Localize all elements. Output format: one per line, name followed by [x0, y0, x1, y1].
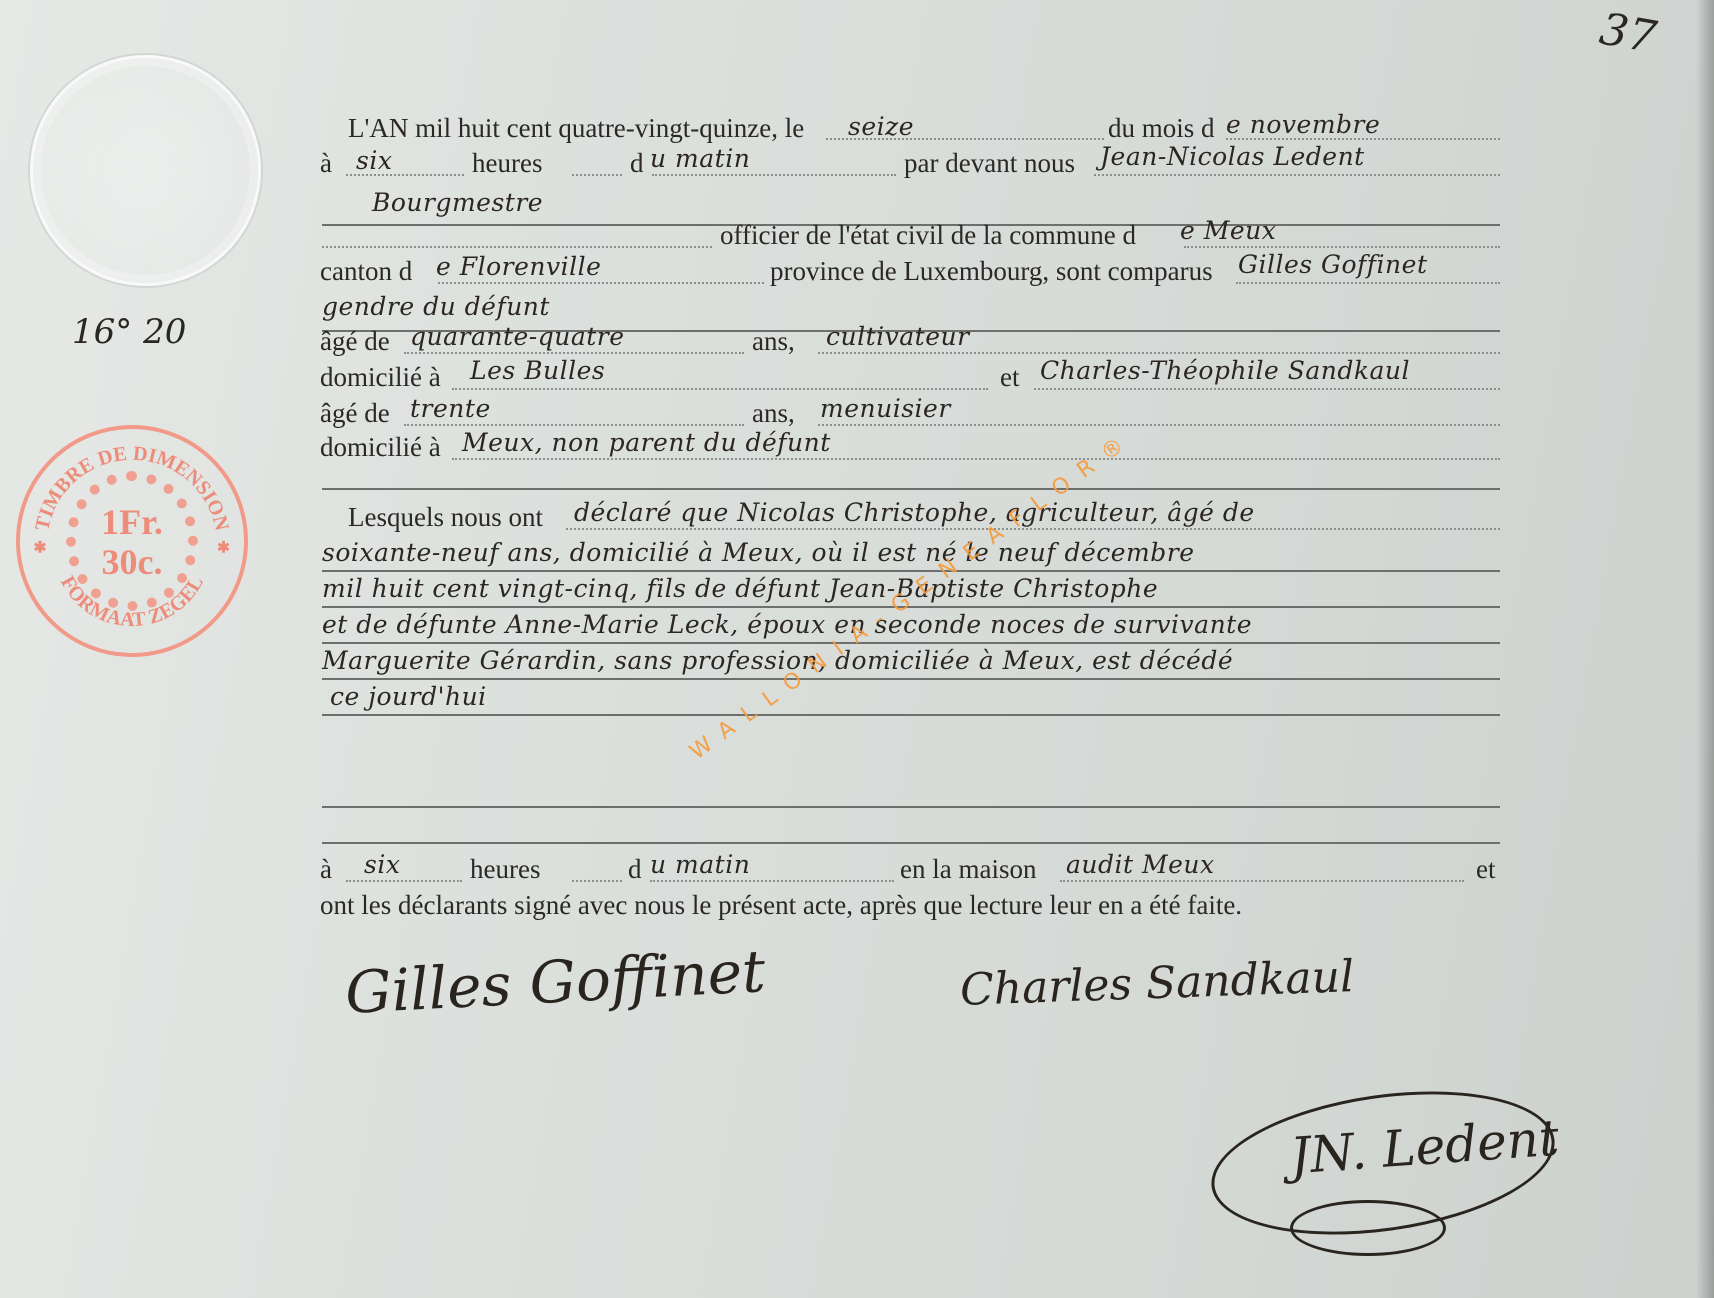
line-domicile-label: domicilié à — [320, 432, 441, 463]
field-officer-name: Jean-Nicolas Ledent — [1100, 142, 1365, 171]
field-commune: e Meux — [1180, 216, 1276, 245]
field-declarant1-residence: Les Bulles — [470, 356, 605, 385]
field-declarant2-name: Charles-Théophile Sandkaul — [1040, 356, 1410, 385]
line-of-label: d — [628, 854, 642, 885]
field-death-period: u matin — [650, 850, 750, 879]
folio-number: 37 — [1596, 4, 1660, 64]
field-declarant2-residence: Meux, non parent du défunt — [462, 428, 831, 457]
ruled-line — [322, 806, 1500, 808]
dotted-line — [572, 880, 622, 882]
line-and-label: et — [1476, 854, 1496, 885]
line-officer-label: officier de l'état civil de la commune d — [720, 220, 1136, 251]
dotted-line — [566, 528, 1500, 530]
field-declarant1-occupation: cultivateur — [826, 322, 970, 351]
stamp-value-francs: 1Fr. — [20, 501, 244, 543]
ruled-line — [322, 678, 1500, 680]
field-declarant1-name: Gilles Goffinet — [1238, 250, 1428, 279]
declaration-line-1: déclaré que Nicolas Christophe, agricult… — [574, 498, 1255, 527]
line-canton-label: canton d — [320, 256, 412, 287]
dotted-line — [818, 424, 1500, 426]
line-of-label: d — [630, 148, 644, 179]
field-declarant2-occupation: menuisier — [820, 394, 951, 423]
line-hours-label: heures — [470, 854, 540, 885]
line-province-label: province de Luxembourg, sont comparus — [770, 256, 1213, 287]
declaration-line-3: mil huit cent vingt-cinq, fils de défunt… — [322, 574, 1158, 603]
margin-act-number: 16° 20 — [72, 312, 186, 352]
register-page: 37 16° 20 TIMBRE DE DIMENSION FORMAAT ZE… — [0, 0, 1714, 1298]
dotted-line — [1094, 174, 1500, 176]
declaration-line-4: et de défunte Anne-Marie Leck, époux en … — [322, 610, 1252, 639]
field-hour: six — [356, 146, 392, 175]
field-declarant1-age: quarante-quatre — [410, 322, 625, 351]
line-in-house-label: en la maison — [900, 854, 1036, 885]
ruled-line — [322, 488, 1500, 490]
dotted-line — [452, 388, 988, 390]
line-hours-label: heures — [472, 148, 542, 179]
dotted-line — [1184, 246, 1500, 248]
field-death-hour: six — [364, 850, 400, 879]
signature-officer-underloop — [1290, 1200, 1446, 1256]
field-death-place: audit Meux — [1066, 850, 1215, 879]
field-declarant1-relation: gendre du défunt — [322, 292, 550, 321]
page-edge-shadow — [1696, 0, 1714, 1298]
declaration-line-2: soixante-neuf ans, domicilié à Meux, où … — [322, 538, 1195, 567]
ruled-line — [322, 642, 1500, 644]
dotted-line — [438, 282, 764, 284]
dotted-line — [322, 246, 712, 248]
line-years-label: ans, — [752, 398, 795, 429]
ruled-line — [322, 842, 1500, 844]
dotted-line — [650, 880, 894, 882]
dotted-line — [404, 352, 744, 354]
line-declared-label: Lesquels nous ont — [348, 502, 543, 533]
line-at-label: à — [320, 854, 332, 885]
field-canton: e Florenville — [436, 252, 601, 281]
declaration-line-6: ce jourd'hui — [330, 682, 487, 711]
dotted-line — [1236, 282, 1500, 284]
stamp-value-centimes: 30c. — [20, 541, 244, 583]
dotted-line — [346, 880, 462, 882]
line-month-label: du mois d — [1108, 113, 1215, 144]
line-age-label: âgé de — [320, 398, 390, 429]
line-and-label: et — [1000, 362, 1020, 393]
signature-declarant2: Charles Sandkaul — [959, 951, 1355, 1016]
dotted-line — [652, 174, 896, 176]
declaration-line-5: Marguerite Gérardin, sans profession, do… — [322, 646, 1233, 675]
dotted-line — [818, 352, 1500, 354]
line-year-text: L'AN mil huit cent quatre-vingt-quinze, … — [348, 113, 804, 144]
dotted-line — [1034, 388, 1500, 390]
dotted-line — [572, 174, 622, 176]
line-years-label: ans, — [752, 326, 795, 357]
dotted-line — [452, 458, 1500, 460]
closing-statement: ont les déclarants signé avec nous le pr… — [320, 890, 1242, 921]
line-at-label: à — [320, 148, 332, 179]
signature-declarant1: Gilles Goffinet — [344, 937, 767, 1027]
dotted-line — [404, 424, 744, 426]
embossed-seal — [30, 55, 261, 286]
field-month: e novembre — [1226, 110, 1380, 139]
field-declarant2-age: trente — [410, 394, 491, 423]
field-period: u matin — [650, 144, 750, 173]
dotted-line — [1060, 880, 1464, 882]
line-age-label: âgé de — [320, 326, 390, 357]
field-day: seize — [848, 112, 914, 141]
ruled-line — [322, 714, 1500, 716]
line-before-us-label: par devant nous — [904, 148, 1075, 179]
field-officer-title: Bourgmestre — [372, 188, 543, 217]
line-domicile-label: domicilié à — [320, 362, 441, 393]
ruled-line — [322, 570, 1500, 572]
tax-stamp: TIMBRE DE DIMENSION FORMAAT ZEGEL ✱ ✱ 1F… — [16, 425, 248, 657]
